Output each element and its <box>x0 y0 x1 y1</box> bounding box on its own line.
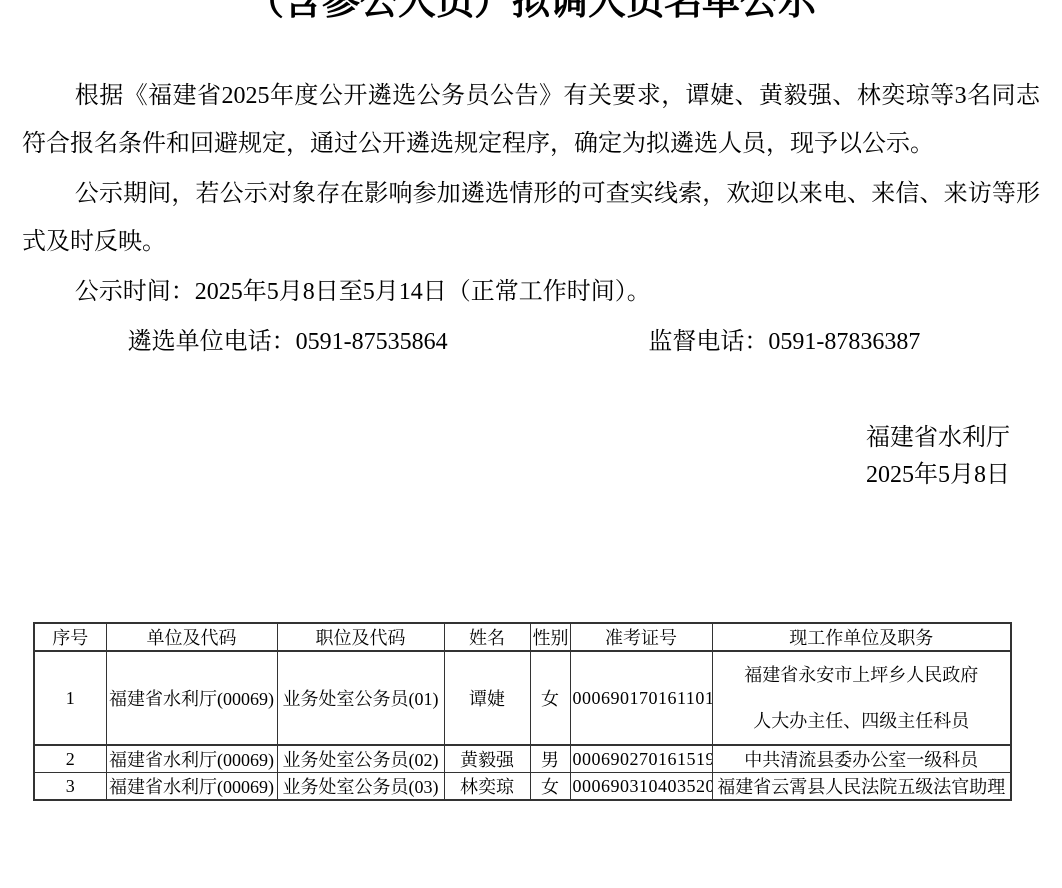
cell-work: 中共清流县委办公室一级科员 <box>712 745 1011 773</box>
paragraph-period: 公示时间：2025年5月8日至5月14日（正常工作时间）。 <box>22 268 1040 316</box>
col-header-unit: 单位及代码 <box>106 623 277 651</box>
table-row: 3 福建省水利厅(00069) 业务处室公务员(03) 林奕琼 女 000690… <box>34 773 1011 801</box>
cell-gender: 女 <box>530 651 570 745</box>
announcement-body: 根据《福建省2025年度公开遴选公务员公告》有关要求，谭婕、黄毅强、林奕琼等3名… <box>22 72 1040 366</box>
page-title: （含参公人员）拟调人员名单公示 <box>0 0 1062 22</box>
cell-index: 3 <box>34 773 106 801</box>
cell-position: 业务处室公务员(03) <box>277 773 444 801</box>
cell-gender: 男 <box>530 745 570 773</box>
col-header-position: 职位及代码 <box>277 623 444 651</box>
selection-unit-phone-label: 遴选单位电话： <box>128 329 296 355</box>
signature-block: 福建省水利厅 2025年5月8日 <box>866 420 1010 494</box>
paragraph-feedback: 公示期间，若公示对象存在影响参加遴选情形的可查实线索，欢迎以来电、来信、来访等形… <box>22 170 1040 266</box>
cell-ticket: 000690310403520 <box>570 773 712 801</box>
col-header-ticket: 准考证号 <box>570 623 712 651</box>
selection-unit-phone: 遴选单位电话：0591-87535864 <box>75 318 448 366</box>
col-header-gender: 性别 <box>530 623 570 651</box>
cell-work: 福建省永安市上坪乡人民政府 人大办主任、四级主任科员 <box>712 651 1011 745</box>
paragraph-basis: 根据《福建省2025年度公开遴选公务员公告》有关要求，谭婕、黄毅强、林奕琼等3名… <box>22 72 1040 168</box>
col-header-name: 姓名 <box>444 623 530 651</box>
cell-ticket: 000690270161519 <box>570 745 712 773</box>
col-header-work: 现工作单位及职务 <box>712 623 1011 651</box>
col-header-index: 序号 <box>34 623 106 651</box>
work-line-1: 福建省永安市上坪乡人民政府 <box>715 652 1009 698</box>
selection-unit-phone-number: 0591-87535864 <box>296 329 448 355</box>
candidates-table-wrap: 序号 单位及代码 职位及代码 姓名 性别 准考证号 现工作单位及职务 1 福建省… <box>33 622 1010 801</box>
cell-name: 谭婕 <box>444 651 530 745</box>
cell-unit: 福建省水利厅(00069) <box>106 651 277 745</box>
contact-line: 遴选单位电话：0591-87535864监督电话：0591-87836387 <box>22 318 1040 366</box>
signature-date: 2025年5月8日 <box>866 457 1010 494</box>
work-line-2: 人大办主任、四级主任科员 <box>715 698 1009 744</box>
cell-unit: 福建省水利厅(00069) <box>106 745 277 773</box>
announcement-page: （含参公人员）拟调人员名单公示 根据《福建省2025年度公开遴选公务员公告》有关… <box>0 0 1062 888</box>
table-header-row: 序号 单位及代码 职位及代码 姓名 性别 准考证号 现工作单位及职务 <box>34 623 1011 651</box>
supervision-phone-number: 0591-87836387 <box>768 329 920 355</box>
cell-position: 业务处室公务员(02) <box>277 745 444 773</box>
table-row: 2 福建省水利厅(00069) 业务处室公务员(02) 黄毅强 男 000690… <box>34 745 1011 773</box>
cell-index: 1 <box>34 651 106 745</box>
cell-work: 福建省云霄县人民法院五级法官助理 <box>712 773 1011 801</box>
cell-gender: 女 <box>530 773 570 801</box>
cell-ticket: 000690170161101 <box>570 651 712 745</box>
supervision-phone-label: 监督电话： <box>648 329 768 355</box>
supervision-phone: 监督电话：0591-87836387 <box>596 318 921 366</box>
table-row: 1 福建省水利厅(00069) 业务处室公务员(01) 谭婕 女 0006901… <box>34 651 1011 745</box>
cell-index: 2 <box>34 745 106 773</box>
cell-unit: 福建省水利厅(00069) <box>106 773 277 801</box>
signature-org: 福建省水利厅 <box>866 420 1010 457</box>
cell-name: 林奕琼 <box>444 773 530 801</box>
cell-position: 业务处室公务员(01) <box>277 651 444 745</box>
candidates-table: 序号 单位及代码 职位及代码 姓名 性别 准考证号 现工作单位及职务 1 福建省… <box>33 622 1012 801</box>
cell-name: 黄毅强 <box>444 745 530 773</box>
